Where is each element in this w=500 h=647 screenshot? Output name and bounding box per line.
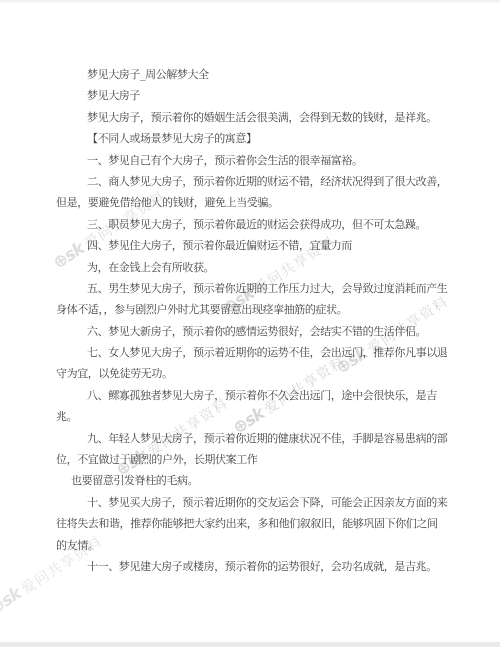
document-line: 身体不适，，参与剧烈户外时尤其要留意出现痉挛抽筋的症状。 [56,299,460,320]
document-line: 梦见大房子_周公解梦大全 [56,64,460,85]
page-bottom-edge [0,642,500,647]
document-line: 三、职员梦见大房子，预示着你最近的财运会获得成功，但不可太急躁。 [56,214,460,235]
document-line: 七、女人梦见大房子，预示着近期你的运势不佳，会出远门，推荐你凡事以退 [56,342,460,363]
document-line: 二、商人梦见大房子，预示着你近期的财运不错，经济状况得到了很大改善， [56,171,460,192]
document-line: 兆。 [56,406,460,427]
document-line: 八、鳏寡孤独者梦见大房子，预示着你不久会出远门，途中会很快乐，是吉 [56,385,460,406]
document-line: 十、梦见买大房子，预示着近期你的交友运会下降，可能会正因亲友方面的来 [56,492,460,513]
document-line: 但是，要避免借给他人的钱财，避免上当受骗。 [56,192,460,213]
document-line: 守为宜，以免徒劳无功。 [56,363,460,384]
document-line: 一、梦见自己有个大房子，预示着你会生活的很幸福富裕。 [56,150,460,171]
document-line: 为，在金钱上会有所收获。 [56,257,460,278]
document-line: 四、梦见住大房子，预示着你最近偏财运不错，宜量力而 [56,235,460,256]
iask-logo-icon: ⊕sk [0,584,25,619]
document-line: 往将失去和谐，推荐你能够把大家约出来，多和他们叙叙旧，能够巩固下你们之间 [56,513,460,534]
document-page: ⊕sk爱问共享资料 ⊕sk爱问共享资料 ⊕sk爱问共享资料 ⊕sk爱问共享资料 … [0,0,500,647]
document-line: 梦见大房子 [56,85,460,106]
document-body: 梦见大房子_周公解梦大全梦见大房子梦见大房子，预示着你的婚姻生活会很美满，会得到… [56,64,460,577]
page-top-edge [0,0,500,4]
document-line: 十一、梦见建大房子或楼房，预示着你的运势很好，会功名成就，是吉兆。 [56,556,460,577]
document-line: 也要留意引发脊柱的毛病。 [56,470,460,491]
document-line: 的友情。 [56,535,460,556]
document-line: 【不同人或场景梦见大房子的寓意】 [56,128,460,149]
document-line: 五、男生梦见大房子，预示着你近期的工作压力过大，会导致过度消耗而产生 [56,278,460,299]
document-line: 梦见大房子，预示着你的婚姻生活会很美满，会得到无数的钱财，是祥兆。 [56,107,460,128]
document-line: 九、年轻人梦见大房子，预示着你近期的健康状况不佳，手脚是容易患病的部 [56,428,460,449]
document-line: 位，不宜做过于剧烈的户外，长期伏案工作 [56,449,460,470]
document-line: 六、梦见大新房子，预示着你的感情运势很好，会结实不错的生活伴侣。 [56,321,460,342]
